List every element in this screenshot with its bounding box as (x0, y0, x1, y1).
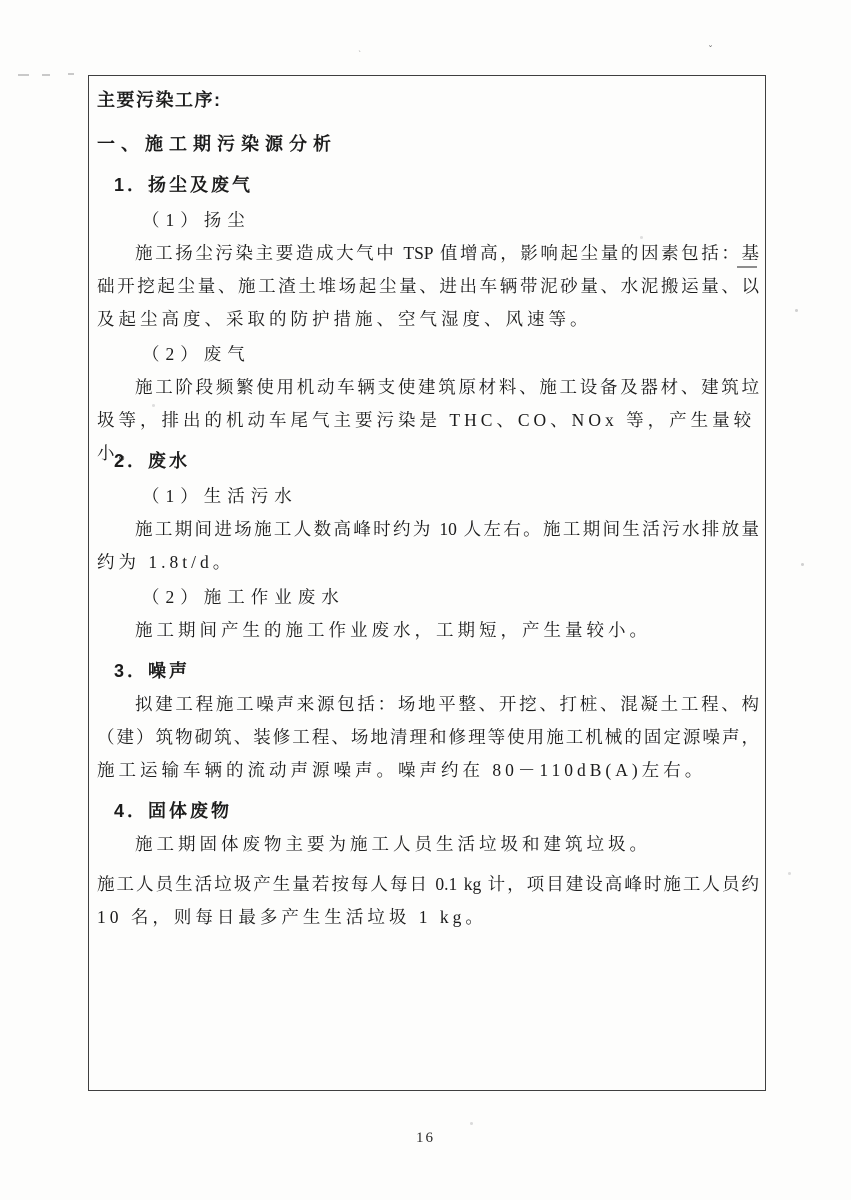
page-number: 16 (0, 1130, 851, 1147)
section-4-heading: 4．固体废物 (97, 795, 759, 828)
paragraph-line: 施工期固体废物主要为施工人员生活垃圾和建筑垃圾。 (97, 828, 759, 861)
subsection-label: （2）施工作业废水 (97, 581, 759, 614)
paragraph-line: 施工期间产生的施工作业废水，工期短，产生量较小。 (97, 614, 759, 647)
content-frame: 主要污染工序: 一、施工期污染源分析 1．扬尘及废气 （1）扬尘 施工扬尘污染主… (88, 75, 766, 1091)
subsection-label: （1）扬尘 (97, 204, 759, 237)
paragraph-line: 施工阶段频繁使用机动车辆支使建筑原材料、施工设备及器材、建筑垃 (97, 371, 759, 404)
analysis-heading: 一、施工期污染源分析 (97, 128, 759, 161)
paragraph-line: 拟建工程施工噪声来源包括：场地平整、开挖、打桩、混凝土工程、构 (97, 688, 759, 721)
section-3-heading: 3．噪声 (97, 655, 759, 688)
scan-artifact (68, 73, 74, 75)
paragraph-line: 10 名，则每日最多产生生活垃圾 1 kg。 (97, 901, 759, 934)
scan-artifact (470, 1122, 473, 1125)
paragraph-line: 施工扬尘污染主要造成大气中 TSP 值增高，影响起尘量的因素包括：基 (97, 237, 759, 270)
section-1-heading: 1．扬尘及废气 (97, 169, 759, 202)
scan-artifact: ˋ (358, 50, 362, 60)
paragraph-line: （建）筑物砌筑、装修工程、场地清理和修理等使用施工机械的固定源噪声， (97, 721, 759, 754)
doc-header: 主要污染工序: (97, 84, 759, 117)
scan-artifact: ˇ (708, 46, 713, 56)
subsection-label: （2）废气 (97, 338, 759, 371)
paragraph-line: 圾等，排出的机动车尾气主要污染是 THC、CO、NOx 等，产生量较小。 (97, 404, 759, 437)
scan-artifact (795, 309, 798, 312)
paragraph-line: 约为 1.8t/d。 (97, 546, 759, 579)
document-content: 主要污染工序: 一、施工期污染源分析 1．扬尘及废气 （1）扬尘 施工扬尘污染主… (89, 76, 765, 934)
section-2-heading: 2．废水 (97, 445, 759, 478)
document-page: 主要污染工序: 一、施工期污染源分析 1．扬尘及废气 （1）扬尘 施工扬尘污染主… (0, 0, 851, 1200)
paragraph-line: 础开挖起尘量、施工渣土堆场起尘量、进出车辆带泥砂量、水泥搬运量、以 (97, 270, 759, 303)
scan-artifact (801, 563, 804, 566)
paragraph-line: 施工人员生活垃圾产生量若按每人每日 0.1 kg 计，项目建设高峰时施工人员约 (97, 868, 759, 901)
paragraph-line: 及起尘高度、采取的防护措施、空气湿度、风速等。 (97, 303, 759, 336)
subsection-label: （1）生活污水 (97, 480, 759, 513)
paragraph-line: 施工期间进场施工人数高峰时约为 10 人左右。施工期间生活污水排放量 (97, 513, 759, 546)
scan-artifact (42, 74, 50, 76)
scan-artifact (18, 74, 29, 76)
scan-artifact (788, 872, 791, 875)
paragraph-line: 施工运输车辆的流动声源噪声。噪声约在 80－110dB(A)左右。 (97, 754, 759, 787)
